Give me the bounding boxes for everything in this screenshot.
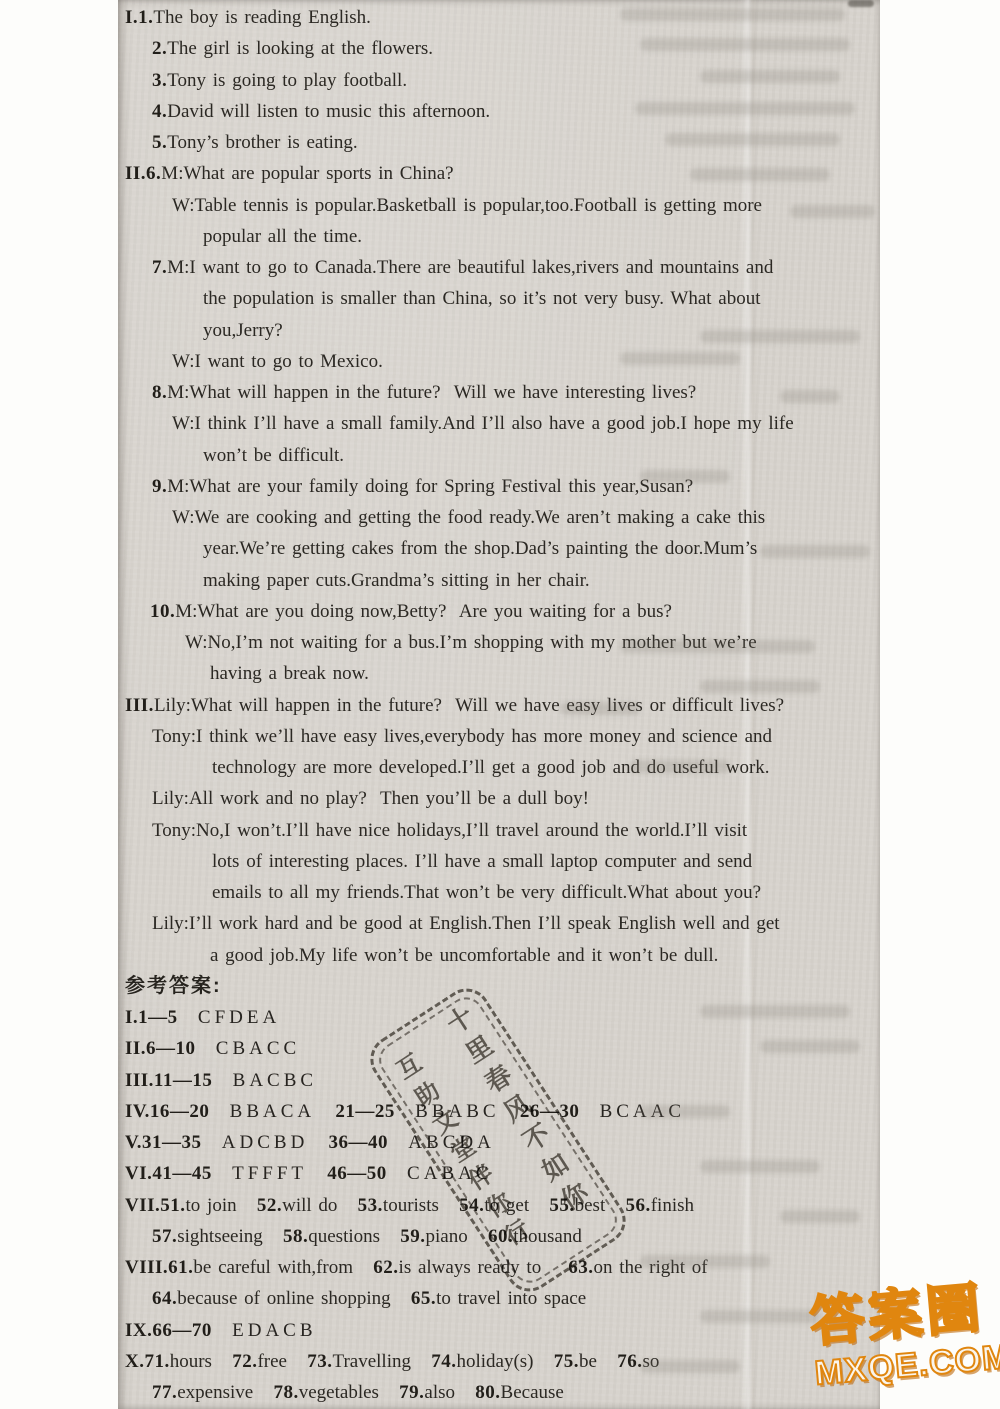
text-line: W:We are cooking and getting the food re… — [118, 502, 880, 533]
watermark: 答案圈 MXQE.COM — [808, 1277, 1000, 1394]
text-line: 57.sightseeing 58.questions 59.piano 60.… — [118, 1221, 880, 1252]
text-line: you,Jerry? — [118, 315, 880, 346]
text-line: II.6—10 CBACC — [118, 1033, 880, 1064]
text-line: lots of interesting places. I’ll have a … — [118, 846, 880, 877]
text-line: VI.41—45 TFFFT 46—50 CABAC — [118, 1158, 880, 1189]
text-line: I.1—5 CFDEA — [118, 1002, 880, 1033]
text-line: emails to all my friends.That won’t be v… — [118, 877, 880, 908]
text-line: 参考答案: — [118, 971, 880, 1002]
text-line: W:No,I’m not waiting for a bus.I’m shopp… — [118, 627, 880, 658]
text-line: I.1.The boy is reading English. — [118, 2, 880, 33]
page-lines: I.1.The boy is reading English.2.The gir… — [118, 2, 880, 1408]
text-line: Tony:I think we’ll have easy lives,every… — [118, 721, 880, 752]
text-line: 9.M:What are your family doing for Sprin… — [118, 471, 880, 502]
text-line: X.71.hours 72.free 73.Travelling 74.holi… — [118, 1346, 880, 1377]
text-line: the population is smaller than China, so… — [118, 283, 880, 314]
text-line: III.Lily:What will happen in the future?… — [118, 690, 880, 721]
text-line: year.We’re getting cakes from the shop.D… — [118, 533, 880, 564]
text-line: VII.51.to join 52.will do 53.tourists 54… — [118, 1190, 880, 1221]
text-line: V.31—35 ADCBD 36—40 ABCDA — [118, 1127, 880, 1158]
text-line: a good job.My life won’t be uncomfortabl… — [118, 940, 880, 971]
text-line: 2.The girl is looking at the flowers. — [118, 33, 880, 64]
text-line: W:I want to go to Mexico. — [118, 346, 880, 377]
text-line: 7.M:I want to go to Canada.There are bea… — [118, 252, 880, 283]
text-line: technology are more developed.I’ll get a… — [118, 752, 880, 783]
text-line: 77.expensive 78.vegetables 79.also 80.Be… — [118, 1377, 880, 1408]
text-line: Tony:No,I won’t.I’ll have nice holidays,… — [118, 815, 880, 846]
text-line: W:I think I’ll have a small family.And I… — [118, 408, 880, 439]
text-line: VIII.61.be careful with,from 62.is alway… — [118, 1252, 880, 1283]
text-line: 5.Tony’s brother is eating. — [118, 127, 880, 158]
text-line: won’t be difficult. — [118, 440, 880, 471]
text-line: 10.M:What are you doing now,Betty? Are y… — [118, 596, 880, 627]
text-line: 4.David will listen to music this aftern… — [118, 96, 880, 127]
text-line: popular all the time. — [118, 221, 880, 252]
text-line: II.6.M:What are popular sports in China? — [118, 158, 880, 189]
scanned-paper: I.1.The boy is reading English.2.The gir… — [118, 0, 880, 1409]
text-line: III.11—15 BACBC — [118, 1065, 880, 1096]
text-line: Lily:I’ll work hard and be good at Engli… — [118, 908, 880, 939]
text-line: W:Table tennis is popular.Basketball is … — [118, 190, 880, 221]
text-line: Lily:All work and no play? Then you’ll b… — [118, 783, 880, 814]
text-line: IV.16—20 BBACA 21—25 BBABC 26—30 BCAAC — [118, 1096, 880, 1127]
text-line: IX.66—70 EDACB — [118, 1315, 880, 1346]
text-line: 3.Tony is going to play football. — [118, 65, 880, 96]
text-line: making paper cuts.Grandma’s sitting in h… — [118, 565, 880, 596]
text-line: 64.because of online shopping 65.to trav… — [118, 1283, 880, 1314]
text-line: 8.M:What will happen in the future? Will… — [118, 377, 880, 408]
text-line: having a break now. — [118, 658, 880, 689]
scanned-answer-page: { "page": { "lines": [ {"ind":0,"seg":[{… — [0, 0, 1000, 1409]
